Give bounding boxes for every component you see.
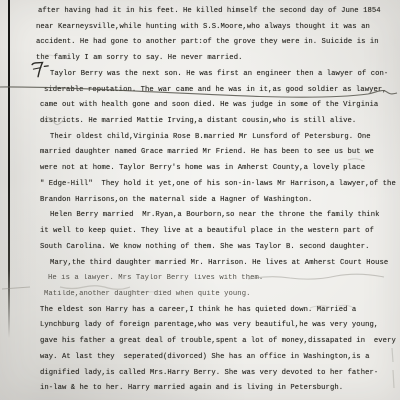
document-line: Helen Berry married Mr.Ryan,a Bourborn,s… <box>0 208 400 224</box>
document-line: near Kearneysville,while hunting with S.… <box>0 20 400 36</box>
document-line: " Edge-Hill" They hold it yet,one of his… <box>0 177 400 193</box>
document-line: came out with health gone and soon died.… <box>0 98 400 114</box>
document-line: The eldest son Harry has a career,I thin… <box>0 303 400 319</box>
document-line: Taylor Berry was the next son. He was fi… <box>0 67 400 83</box>
document-line: Their oldest child,Virginia Rose B.marri… <box>0 130 400 146</box>
document-line: in-law & he to her. Harry married again … <box>0 381 400 397</box>
handwritten-paragraph-number-icon <box>30 59 51 80</box>
document-line: South Carolina. We know nothing of them.… <box>0 240 400 256</box>
document-line: Mary,the third daughter married Mr. Harr… <box>0 256 400 272</box>
document-line: He is a lawyer. Mrs Taylor Berry lives w… <box>0 271 400 287</box>
document-line: accident. He had gone to another part:of… <box>0 35 400 51</box>
crossed-seven-glyph <box>30 59 51 80</box>
document-line: dignified lady,is called Mrs.Harry Berry… <box>0 366 400 382</box>
document-line: it well to keep quiet. They live at a be… <box>0 224 400 240</box>
document-line: gave his father a great deal of trouble,… <box>0 334 400 350</box>
document-line: districts. He married Mattie Irving,a di… <box>0 114 400 130</box>
document-line: after having had it in his feet. He kill… <box>0 4 400 20</box>
document-page: after having had it in his feet. He kill… <box>0 0 400 400</box>
document-text: after having had it in his feet. He kill… <box>0 4 400 397</box>
document-line: married daughter named Grace married Mr … <box>0 145 400 161</box>
document-line: Lynchburg lady of foreign parentage,who … <box>0 318 400 334</box>
document-line: Matilde,another daughter died when quite… <box>0 287 400 303</box>
document-line: siderable reputation. The war came and h… <box>0 83 400 99</box>
document-line: Brandon Harrisons,on the maternal side a… <box>0 193 400 209</box>
document-line: the family I am sorry to say. He never m… <box>0 51 400 67</box>
document-line: were not at home. Taylor Berry's home wa… <box>0 161 400 177</box>
document-line: way. At last they seperated(divorced) Sh… <box>0 350 400 366</box>
